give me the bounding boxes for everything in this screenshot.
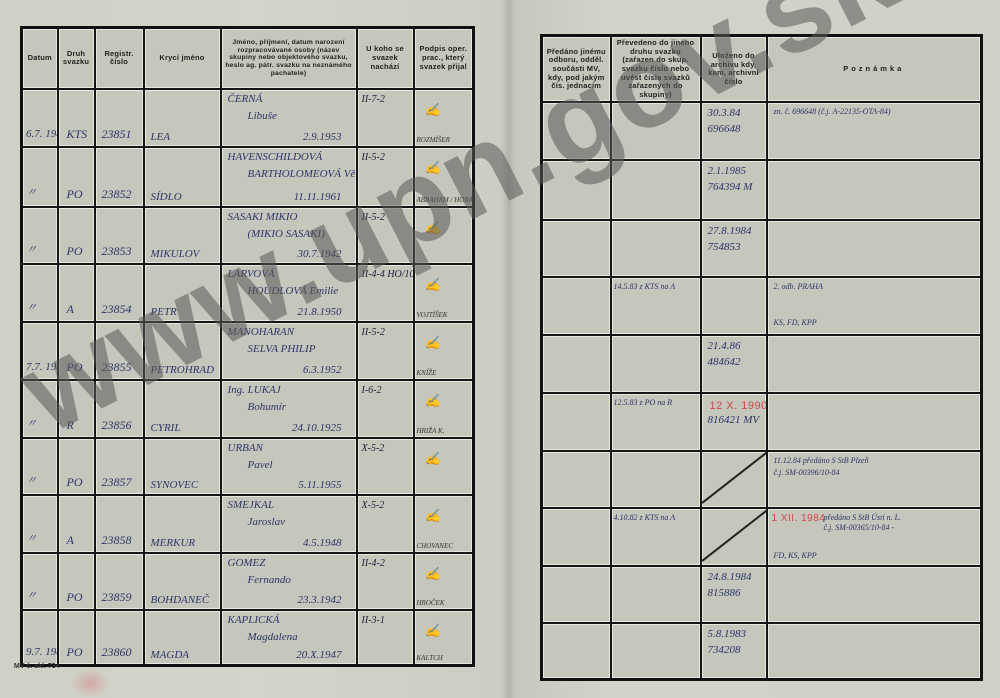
ulozeno-line: 815886 [708, 587, 741, 599]
header-predano: Předáno jinému odboru, odděl. součásti M… [542, 36, 611, 103]
cell-prevedeno [611, 451, 701, 508]
table-row: 24.8.1984815886 [542, 566, 982, 623]
podpis-name: ABRAHAM / HORÁČEK [417, 196, 474, 204]
datum-value: 〃 [26, 530, 37, 546]
osoba-surname: LARVOVÁ [228, 268, 275, 280]
cell-ulozeno [701, 508, 767, 566]
cell-predano [542, 566, 611, 623]
table-row: 12.5.83 z PO na R12 X. 1990816421 MV [542, 393, 982, 451]
osoba-firstname: SELVA PHILIP [248, 343, 316, 355]
cell-poznamka: 2. odb. PRAHAKS, FD, KPP [767, 277, 982, 335]
register-table-left: Datum Druh svazku Registr. číslo Krycí j… [20, 26, 475, 667]
u-koho-value: X-5-2 [362, 500, 385, 511]
u-koho-value: II-3-1 [362, 615, 385, 626]
cell-ulozeno: 12 X. 1990816421 MV [701, 393, 767, 451]
cell-podpis: ✍KALTCH [414, 610, 474, 666]
table-row: 〃PO23853MIKULOVSASAKI MIKIO(MIKIO SASAKI… [22, 207, 474, 264]
osoba-surname: MANOHARAN [228, 326, 295, 338]
osoba-surname: SMEJKAL [228, 499, 274, 511]
cell-prevedeno: 4.10.82 z KTS na A [611, 508, 701, 566]
cell-poznamka [767, 623, 982, 679]
cell-podpis: ✍HROČEK [414, 553, 474, 610]
cell-prevedeno [611, 160, 701, 220]
cell-podpis: ✍ [414, 438, 474, 495]
date-stamp: 1 XII. 1984 [772, 513, 826, 524]
archive-date-stamp: 12 X. 1990 [710, 400, 767, 412]
cell-kryci: BOHDANEČ [144, 553, 221, 610]
header-registr-cislo: Registr. číslo [95, 28, 144, 89]
poznamka-line: FD, KS, KPP [774, 551, 817, 560]
ulozeno-line: 484642 [708, 356, 741, 368]
table-row: 2.1.1985764394 M [542, 160, 982, 220]
cell-ulozeno: 24.8.1984815886 [701, 566, 767, 623]
datum-value: 〃 [26, 472, 37, 488]
cell-datum: 9.7. 1982 [22, 610, 58, 666]
cell-prevedeno: 12.5.83 z PO na R [611, 393, 701, 451]
osoba-surname: ČERNÁ [228, 93, 263, 105]
cell-cislo: 23852 [95, 147, 144, 207]
cell-cislo: 23851 [95, 89, 144, 147]
signature-icon: ✍ [425, 335, 441, 351]
kryci-value: MERKUR [151, 537, 196, 549]
cell-poznamka [767, 335, 982, 393]
cislo-value: 23860 [102, 645, 132, 660]
osoba-surname: GOMEZ [228, 557, 266, 569]
cell-predano [542, 623, 611, 679]
kryci-value: PETR [151, 306, 177, 318]
cell-osoba: SMEJKALJaroslav4.5.1948 [221, 495, 357, 553]
header-poznamka: Poznámka [767, 36, 982, 103]
druh-value: PO [67, 244, 83, 259]
ulozeno-line: 754853 [708, 241, 741, 253]
cell-druh: PO [58, 147, 95, 207]
osoba-firstname: Jaroslav [248, 516, 285, 528]
cislo-value: 23857 [102, 475, 132, 490]
cell-datum: 〃 [22, 264, 58, 322]
poznamka-line: KS, FD, KPP [774, 318, 817, 327]
cell-osoba: ČERNÁLibuše2.9.1953 [221, 89, 357, 147]
cell-prevedeno [611, 623, 701, 679]
signature-icon: ✍ [425, 102, 441, 118]
cell-druh: PO [58, 207, 95, 264]
cell-kryci: SYNOVEC [144, 438, 221, 495]
podpis-name: CHOVANEC [417, 542, 453, 550]
podpis-name: VOJTÍŠEK [417, 311, 448, 319]
ulozeno-line: 816421 MV [708, 414, 760, 426]
cell-datum: 〃 [22, 380, 58, 438]
cell-prevedeno [611, 102, 701, 160]
u-koho-value: II-4-4 HO/10-4-1 [362, 269, 414, 280]
table-row: 〃A23858MERKURSMEJKALJaroslav4.5.1948X-5-… [22, 495, 474, 553]
podpis-name: HRIŽA K. [417, 427, 445, 435]
druh-value: A [67, 533, 74, 548]
datum-value: 〃 [26, 299, 37, 315]
register-table-right: Předáno jinému odboru, odděl. součásti M… [540, 34, 983, 681]
cell-podpis: ✍ [414, 207, 474, 264]
cell-u-koho: II-7-2 [357, 89, 414, 147]
cell-druh: PO [58, 322, 95, 380]
cell-datum: 7.7. 1982 [22, 322, 58, 380]
table-row: 27.8.1984754853 [542, 220, 982, 277]
cell-osoba: SASAKI MIKIO(MIKIO SASAKI)30.7.1942 [221, 207, 357, 264]
signature-icon: ✍ [425, 451, 441, 467]
cell-kryci: MERKUR [144, 495, 221, 553]
osoba-surname: SASAKI MIKIO [228, 211, 298, 223]
cell-druh: PO [58, 610, 95, 666]
cislo-value: 23856 [102, 418, 132, 433]
cell-osoba: Ing. LUKAJBohumír24.10.1925 [221, 380, 357, 438]
cell-podpis: ✍VOJTÍŠEK [414, 264, 474, 322]
cell-kryci: PETROHRAD [144, 322, 221, 380]
datum-value: 〃 [26, 587, 37, 603]
podpis-name: KNÍŽE [417, 369, 437, 377]
prevedeno-value: 12.5.83 z PO na R [614, 398, 673, 407]
table-row: 〃PO23852SÍDLOHAVENSCHILDOVÁBARTHOLOMEOVÁ… [22, 147, 474, 207]
form-code: MV č. skl. 734 [14, 663, 60, 670]
druh-value: PO [67, 475, 83, 490]
cell-predano [542, 335, 611, 393]
osoba-firstname: (MIKIO SASAKI) [248, 228, 325, 240]
cislo-value: 23858 [102, 533, 132, 548]
osoba-birthdate: 21.8.1950 [298, 306, 342, 318]
datum-value: 〃 [26, 415, 37, 431]
cell-druh: KTS [58, 89, 95, 147]
druh-value: PO [67, 360, 83, 375]
table-row: 11.12.84 předáno S StB Plzeňč.j. SM-0039… [542, 451, 982, 508]
cell-poznamka [767, 393, 982, 451]
strike-line [701, 510, 766, 562]
poznamka-line: 2. odb. PRAHA [774, 282, 823, 291]
cislo-value: 23859 [102, 590, 132, 605]
osoba-firstname: Pavel [248, 459, 273, 471]
druh-value: R [67, 418, 74, 433]
cell-u-koho: II-5-2 [357, 147, 414, 207]
cell-podpis: ✍HRIŽA K. [414, 380, 474, 438]
cell-u-koho: II-5-2 [357, 207, 414, 264]
table-row: 6.7. 1982KTS23851LEAČERNÁLibuše2.9.1953I… [22, 89, 474, 147]
u-koho-value: II-5-2 [362, 152, 385, 163]
cell-predano [542, 451, 611, 508]
signature-icon: ✍ [425, 508, 441, 524]
cell-predano [542, 102, 611, 160]
cell-poznamka [767, 566, 982, 623]
signature-icon: ✍ [425, 160, 441, 176]
table-row: 〃R23856CYRILIng. LUKAJBohumír24.10.1925I… [22, 380, 474, 438]
kryci-value: MIKULOV [151, 248, 200, 260]
table-row: 〃A23854PETRLARVOVÁHOUDLOVÁ Emilie21.8.19… [22, 264, 474, 322]
cell-u-koho: X-5-2 [357, 438, 414, 495]
cell-druh: A [58, 264, 95, 322]
osoba-birthdate: 23.3.1942 [298, 594, 342, 606]
cell-druh: PO [58, 553, 95, 610]
cell-u-koho: II-3-1 [357, 610, 414, 666]
datum-value: 6.7. 1982 [26, 128, 58, 140]
osoba-firstname: Magdalena [248, 631, 298, 643]
datum-value: 〃 [26, 241, 37, 257]
table-row: 9.7. 1982PO23860MAGDAKAPLICKÁMagdalena20… [22, 610, 474, 666]
header-kryci-jmeno: Krycí jméno [144, 28, 221, 89]
datum-value: 〃 [26, 184, 37, 200]
cell-cislo: 23856 [95, 380, 144, 438]
cell-datum: 〃 [22, 207, 58, 264]
u-koho-value: II-5-2 [362, 327, 385, 338]
signature-icon: ✍ [425, 566, 441, 582]
table-row: 4.10.82 z KTS na A1 XII. 1984předáno S S… [542, 508, 982, 566]
osoba-birthdate: 30.7.1942 [298, 248, 342, 260]
podpis-name: HROČEK [417, 599, 445, 607]
cell-u-koho: I-6-2 [357, 380, 414, 438]
osoba-firstname: Fernando [248, 574, 291, 586]
cell-poznamka [767, 220, 982, 277]
cell-kryci: LEA [144, 89, 221, 147]
u-koho-value: X-5-2 [362, 443, 385, 454]
header-prevedeno: Převedeno do jiného druhu svazku (zařaze… [611, 36, 701, 103]
cell-prevedeno [611, 335, 701, 393]
cell-osoba: MANOHARANSELVA PHILIP6.3.1952 [221, 322, 357, 380]
cell-poznamka: 1 XII. 1984předáno S StB Ústí n. L.č.j. … [767, 508, 982, 566]
ulozeno-line: 764394 M [708, 181, 753, 193]
table-row: 21.4.86484642 [542, 335, 982, 393]
cell-datum: 〃 [22, 495, 58, 553]
cell-prevedeno [611, 566, 701, 623]
table-row: 30.3.84696648zn. č. 696648 (č.j. A-22135… [542, 102, 982, 160]
cell-ulozeno: 27.8.1984754853 [701, 220, 767, 277]
cell-cislo: 23854 [95, 264, 144, 322]
cell-druh: R [58, 380, 95, 438]
kryci-value: MAGDA [151, 649, 190, 661]
cell-predano [542, 220, 611, 277]
cell-u-koho: II-5-2 [357, 322, 414, 380]
cell-prevedeno [611, 220, 701, 277]
cell-u-koho: II-4-4 HO/10-4-1 [357, 264, 414, 322]
prevedeno-value: 4.10.82 z KTS na A [614, 513, 676, 522]
kryci-value: PETROHRAD [151, 364, 215, 376]
cislo-value: 23851 [102, 127, 132, 142]
cell-predano [542, 393, 611, 451]
ulozeno-line: 21.4.86 [708, 340, 741, 352]
table-row: 14.5.83 z KTS na A2. odb. PRAHAKS, FD, K… [542, 277, 982, 335]
poznamka-line: č.j. SM-00365/10-84 - [824, 523, 895, 532]
u-koho-value: I-6-2 [362, 385, 382, 396]
ulozeno-line: 24.8.1984 [708, 571, 752, 583]
cell-datum: 〃 [22, 147, 58, 207]
kryci-value: BOHDANEČ [151, 594, 210, 606]
cell-osoba: LARVOVÁHOUDLOVÁ Emilie21.8.1950 [221, 264, 357, 322]
cell-podpis: ✍ROZMÍŠER [414, 89, 474, 147]
osoba-birthdate: 24.10.1925 [292, 422, 342, 434]
druh-value: PO [67, 590, 83, 605]
ulozeno-line: 2.1.1985 [708, 165, 747, 177]
druh-value: KTS [67, 127, 88, 142]
table-row: 〃PO23857SYNOVECURBANPavel5.11.1955X-5-2✍ [22, 438, 474, 495]
red-stain [70, 668, 110, 698]
datum-value: 7.7. 1982 [26, 361, 58, 373]
cell-kryci: MAGDA [144, 610, 221, 666]
cell-ulozeno: 5.8.1983734208 [701, 623, 767, 679]
podpis-name: KALTCH [417, 654, 443, 662]
cell-druh: A [58, 495, 95, 553]
poznamka-line: předáno S StB Ústí n. L. [824, 513, 902, 522]
cell-u-koho: II-4-2 [357, 553, 414, 610]
ulozeno-line: 27.8.1984 [708, 225, 752, 237]
poznamka-line: 11.12.84 předáno S StB Plzeň [774, 456, 869, 465]
kryci-value: CYRIL [151, 422, 181, 434]
signature-icon: ✍ [425, 623, 441, 639]
osoba-firstname: HOUDLOVÁ Emilie [248, 285, 339, 297]
cell-poznamka [767, 160, 982, 220]
table-row: 〃PO23859BOHDANEČGOMEZFernando23.3.1942II… [22, 553, 474, 610]
cell-kryci: PETR [144, 264, 221, 322]
osoba-birthdate: 6.3.1952 [303, 364, 342, 376]
cell-kryci: CYRIL [144, 380, 221, 438]
cell-ulozeno: 30.3.84696648 [701, 102, 767, 160]
osoba-birthdate: 11.11.1961 [294, 191, 342, 203]
osoba-firstname: Libuše [248, 110, 277, 122]
osoba-surname: URBAN [228, 442, 263, 454]
osoba-surname: Ing. LUKAJ [228, 384, 281, 396]
cell-cislo: 23857 [95, 438, 144, 495]
osoba-birthdate: 5.11.1955 [298, 479, 341, 491]
datum-value: 9.7. 1982 [26, 646, 58, 658]
osoba-firstname: Bohumír [248, 401, 287, 413]
osoba-surname: KAPLICKÁ [228, 614, 280, 626]
osoba-birthdate: 2.9.1953 [303, 131, 342, 143]
kryci-value: SYNOVEC [151, 479, 199, 491]
cell-ulozeno: 2.1.1985764394 M [701, 160, 767, 220]
cell-kryci: MIKULOV [144, 207, 221, 264]
u-koho-value: II-7-2 [362, 94, 385, 105]
cell-ulozeno [701, 277, 767, 335]
cell-ulozeno: 21.4.86484642 [701, 335, 767, 393]
poznamka-line: č.j. SM-00396/10-84 [774, 468, 840, 477]
cell-osoba: HAVENSCHILDOVÁBARTHOLOMEOVÁ Věra,11.11.1… [221, 147, 357, 207]
cell-poznamka: zn. č. 696648 (č.j. A-22135-OTA-84) [767, 102, 982, 160]
u-koho-value: II-4-2 [362, 558, 385, 569]
ulozeno-line: 734208 [708, 644, 741, 656]
header-osoba: Jméno, příjmení, datum narození rozpraco… [221, 28, 357, 89]
header-druh-svazku: Druh svazku [58, 28, 95, 89]
kryci-value: SÍDLO [151, 191, 182, 203]
cell-kryci: SÍDLO [144, 147, 221, 207]
ulozeno-line: 696648 [708, 123, 741, 135]
osoba-birthdate: 20.X.1947 [296, 649, 341, 661]
strike-line [701, 452, 766, 504]
cell-predano [542, 508, 611, 566]
header-ulozeno: Uloženo do archivu kdy, kam, archivní čí… [701, 36, 767, 103]
cell-cislo: 23858 [95, 495, 144, 553]
podpis-name: ROZMÍŠER [417, 136, 450, 144]
cislo-value: 23855 [102, 360, 132, 375]
cell-predano [542, 160, 611, 220]
osoba-surname: HAVENSCHILDOVÁ [228, 151, 323, 163]
cislo-value: 23853 [102, 244, 132, 259]
cell-cislo: 23860 [95, 610, 144, 666]
cell-podpis: ✍ABRAHAM / HORÁČEK [414, 147, 474, 207]
signature-icon: ✍ [425, 277, 441, 293]
header-datum: Datum [22, 28, 58, 89]
druh-value: A [67, 302, 74, 317]
cell-datum: 6.7. 1982 [22, 89, 58, 147]
ulozeno-line: 5.8.1983 [708, 628, 747, 640]
signature-icon: ✍ [425, 220, 441, 236]
signature-icon: ✍ [425, 393, 441, 409]
cell-podpis: ✍CHOVANEC [414, 495, 474, 553]
osoba-firstname: BARTHOLOMEOVÁ Věra, [248, 168, 357, 180]
u-koho-value: II-5-2 [362, 212, 385, 223]
cell-datum: 〃 [22, 438, 58, 495]
cell-u-koho: X-5-2 [357, 495, 414, 553]
cell-poznamka: 11.12.84 předáno S StB Plzeňč.j. SM-0039… [767, 451, 982, 508]
cell-prevedeno: 14.5.83 z KTS na A [611, 277, 701, 335]
cislo-value: 23854 [102, 302, 132, 317]
druh-value: PO [67, 187, 83, 202]
cell-datum: 〃 [22, 553, 58, 610]
book-gutter [500, 0, 516, 698]
prevedeno-value: 14.5.83 z KTS na A [614, 282, 676, 291]
cell-predano [542, 277, 611, 335]
poznamka-line: zn. č. 696648 (č.j. A-22135-OTA-84) [774, 107, 891, 116]
table-row: 5.8.1983734208 [542, 623, 982, 679]
table-row: 7.7. 1982PO23855PETROHRADMANOHARANSELVA … [22, 322, 474, 380]
cell-druh: PO [58, 438, 95, 495]
kryci-value: LEA [151, 131, 171, 143]
cell-cislo: 23859 [95, 553, 144, 610]
cislo-value: 23852 [102, 187, 132, 202]
cell-podpis: ✍KNÍŽE [414, 322, 474, 380]
header-podpis: Podpis oper. prac., který svazek přijal [414, 28, 474, 89]
osoba-birthdate: 4.5.1948 [303, 537, 342, 549]
header-u-koho: U koho se svazek nachází [357, 28, 414, 89]
cell-osoba: GOMEZFernando23.3.1942 [221, 553, 357, 610]
cell-osoba: URBANPavel5.11.1955 [221, 438, 357, 495]
cell-osoba: KAPLICKÁMagdalena20.X.1947 [221, 610, 357, 666]
cell-cislo: 23855 [95, 322, 144, 380]
druh-value: PO [67, 645, 83, 660]
ulozeno-line: 30.3.84 [708, 107, 741, 119]
cell-cislo: 23853 [95, 207, 144, 264]
cell-ulozeno [701, 451, 767, 508]
